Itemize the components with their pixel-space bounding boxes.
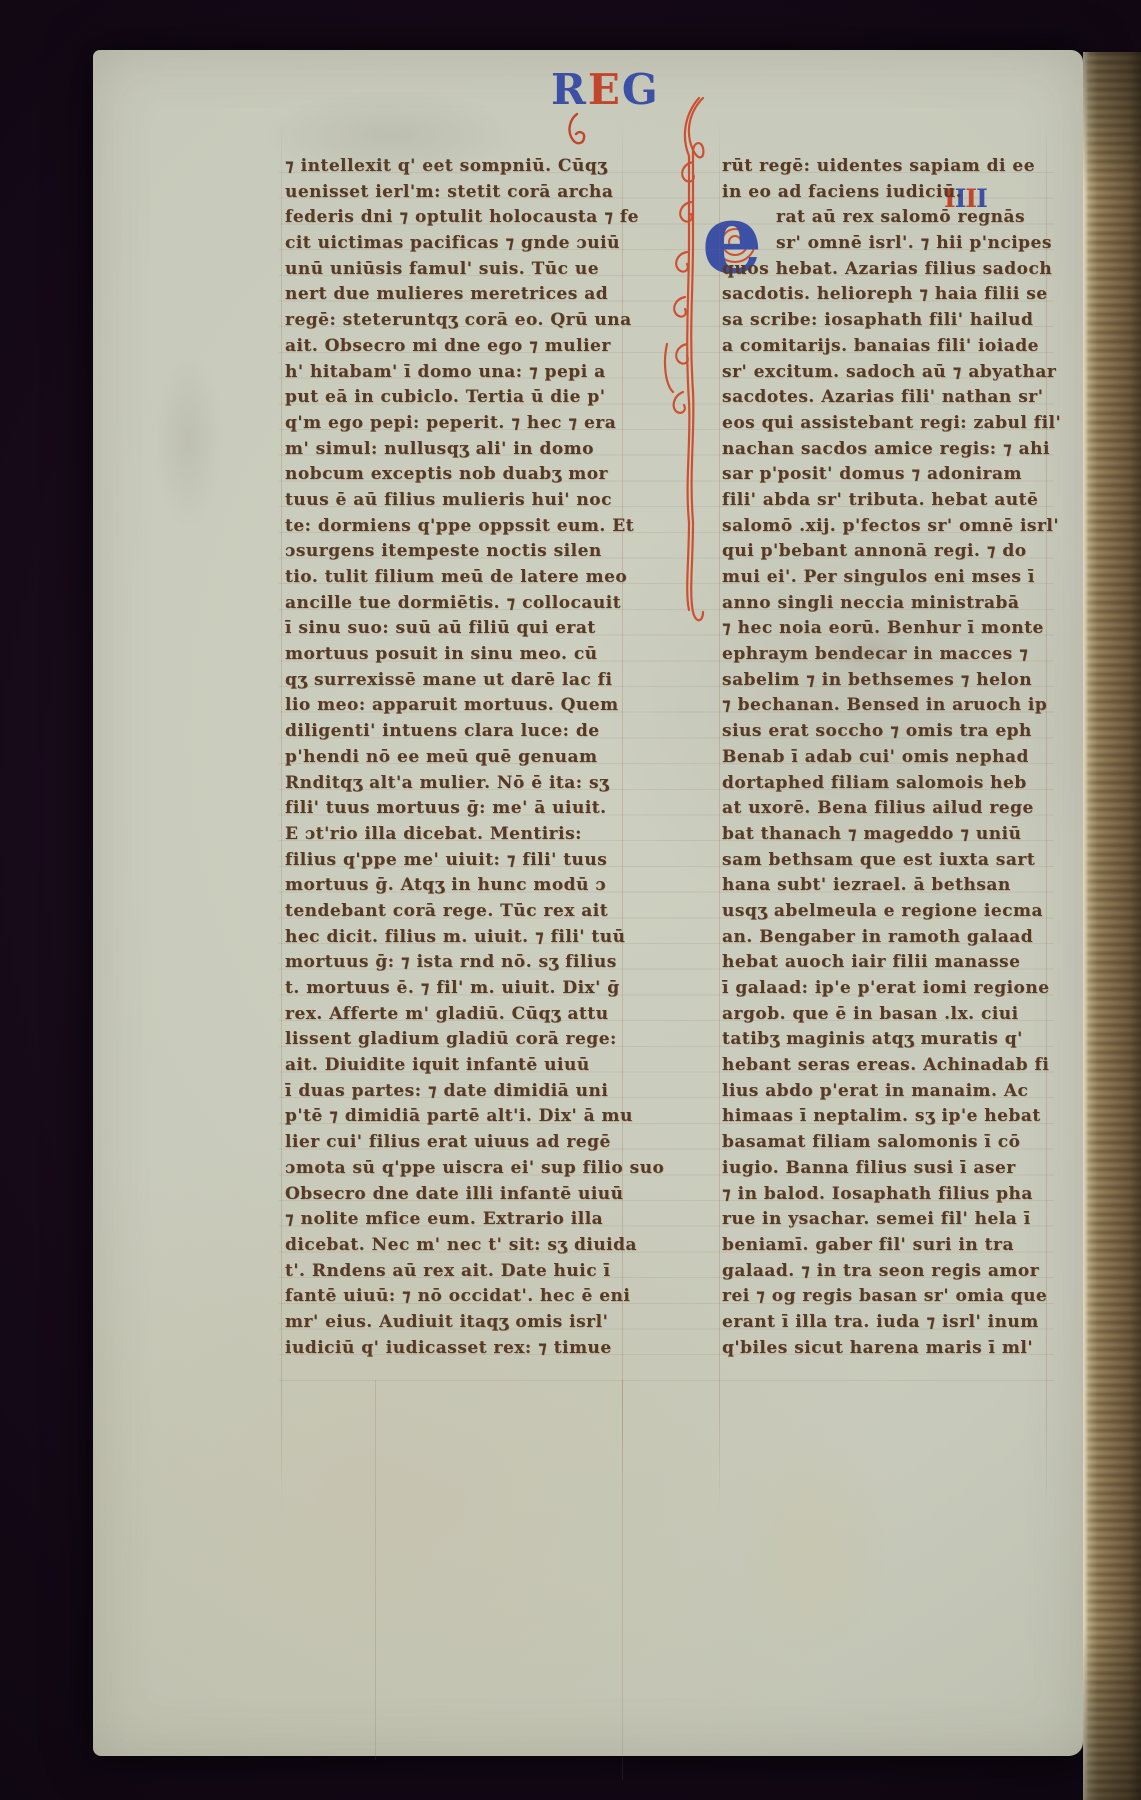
- text-line: quos hebat. Azarias filius sadoch: [722, 257, 1048, 283]
- text-line: ɔmota sū q'ppe uiscra ei' sup filio suo: [285, 1156, 623, 1182]
- text-line: ī duas partes: ⁊ date dimidiā uni: [285, 1079, 623, 1105]
- parchment-stain-3: [153, 350, 223, 530]
- text-line: te: dormiens q'ppe oppssit eum. Et: [285, 514, 623, 540]
- text-line: beniamī. gaber fil' suri in tra: [722, 1233, 1048, 1259]
- text-line: in eo ad faciens iudiciū.: [722, 180, 1048, 206]
- text-line: rat aū rex salomō regnās: [722, 205, 1048, 231]
- text-line: anno singli neccia ministrabā: [722, 591, 1048, 617]
- text-line: lius abdo p'erat in manaim. Ac: [722, 1079, 1048, 1105]
- text-line: ī galaad: ip'e p'erat iomi regione: [722, 976, 1048, 1002]
- text-line: bat thanach ⁊ mageddo ⁊ uniū: [722, 822, 1048, 848]
- text-line: ancille tue dormiētis. ⁊ collocauit: [285, 591, 623, 617]
- text-line: Rnditqʒ alt'a mulier. Nō ē ita: sʒ: [285, 771, 623, 797]
- text-line: a comitarijs. banaias fili' ioiade: [722, 334, 1048, 360]
- text-line: himaas ī neptalim. sʒ ip'e hebat: [722, 1104, 1048, 1130]
- text-line: mortuus ḡ. Atqʒ in hunc modū ɔ: [285, 873, 623, 899]
- text-line: filius q'ppe me' uiuit: ⁊ fili' tuus: [285, 848, 623, 874]
- text-line: hana subt' iezrael. ā bethsan: [722, 873, 1048, 899]
- text-line: sr' omnē isrl'. ⁊ hii p'ncipes: [722, 231, 1048, 257]
- text-line: an. Bengaber in ramoth galaad: [722, 925, 1048, 951]
- rubric-letter: E: [588, 68, 622, 112]
- text-line: iugio. Banna filius susi ī aser: [722, 1156, 1048, 1182]
- text-line: sius erat soccho ⁊ omis tra eph: [722, 719, 1048, 745]
- running-title: REG: [551, 68, 660, 116]
- text-line: rei ⁊ og regis basan sr' omia que: [722, 1284, 1048, 1310]
- text-line: t'. Rndens aū rex ait. Date huic ī: [285, 1259, 623, 1285]
- text-line: tuus ē aū filius mulieris hui' noc: [285, 488, 623, 514]
- fore-edge-sheen: [1083, 52, 1141, 1800]
- rubric-letter: G: [622, 68, 660, 112]
- parchment-crease-2: [622, 1380, 623, 1780]
- text-line: hebat auoch iair filii manasse: [722, 950, 1048, 976]
- text-line: nert due mulieres meretrices ad: [285, 282, 623, 308]
- text-line: fili' tuus mortuus ḡ: me' ā uiuit.: [285, 796, 623, 822]
- text-line: lissent gladium gladiū corā rege:: [285, 1027, 623, 1053]
- text-line: q'm ego pepi: peperit. ⁊ hec ⁊ era: [285, 411, 623, 437]
- text-line: qʒ surrexissē mane ut darē lac fi: [285, 668, 623, 694]
- parchment-crease-1: [375, 1380, 376, 1760]
- text-line: erant ī illa tra. iuda ⁊ isrl' inum: [722, 1310, 1048, 1336]
- text-line: t. mortuus ē. ⁊ fil' m. uiuit. Dix' ḡ: [285, 976, 623, 1002]
- text-line: q'biles sicut harena maris ī ml': [722, 1336, 1048, 1362]
- text-line: tendebant corā rege. Tūc rex ait: [285, 899, 623, 925]
- ruling-line-left-col-left: [281, 116, 282, 1516]
- text-line: E ɔt'rio illa dicebat. Mentiris:: [285, 822, 623, 848]
- manuscript-page: REG: [93, 50, 1083, 1756]
- text-line: p'tē ⁊ dimidiā partē alt'i. Dix' ā mu: [285, 1104, 623, 1130]
- text-line: cit uictimas pacificas ⁊ gnde ɔuiū: [285, 231, 623, 257]
- text-line: qui p'bebant annonā regi. ⁊ do: [722, 539, 1048, 565]
- text-line: sacdotis. helioreph ⁊ haia filii se: [722, 282, 1048, 308]
- text-line: lier cui' filius erat uiuus ad regē: [285, 1130, 623, 1156]
- text-line: at uxorē. Bena filius ailud rege: [722, 796, 1048, 822]
- text-line: diligenti' intuens clara luce: de: [285, 719, 623, 745]
- running-title-flourish-icon: [563, 112, 593, 152]
- text-line: ait. Obsecro mi dne ego ⁊ mulier: [285, 334, 623, 360]
- text-line: sa scribe: iosaphath fili' hailud: [722, 308, 1048, 334]
- text-line: fantē uiuū: ⁊ nō occidat'. hec ē eni: [285, 1284, 623, 1310]
- text-line: ⁊ hec noia eorū. Benhur ī monte: [722, 616, 1048, 642]
- text-line: salomō .xij. p'fectos sr' omnē isrl': [722, 514, 1048, 540]
- text-column-right: rūt regē: uidentes sapiam di eein eo ad …: [722, 154, 1048, 1361]
- text-line: rex. Afferte m' gladiū. Cūqʒ attu: [285, 1002, 623, 1028]
- text-line: regē: steteruntqʒ corā eo. Qrū una: [285, 308, 623, 334]
- book-fore-edge: [1083, 52, 1141, 1800]
- text-line: hec dicit. filius m. uiuit. ⁊ fili' tuū: [285, 925, 623, 951]
- gutter-pen-flourish-icon: [659, 92, 729, 652]
- text-line: hebant seras ereas. Achinadab fi: [722, 1053, 1048, 1079]
- text-line: ɔsurgens itempeste noctis silen: [285, 539, 623, 565]
- text-line: Benab ī adab cui' omis nephad: [722, 745, 1048, 771]
- text-line: rūt regē: uidentes sapiam di ee: [722, 154, 1048, 180]
- text-line: basamat filiam salomonis ī cō: [722, 1130, 1048, 1156]
- ruling-line-right-col-left: [719, 116, 720, 1516]
- text-line: ⁊ in balod. Iosaphath filius pha: [722, 1182, 1048, 1208]
- text-line: ⁊ intellexit q' eet sompniū. Cūqʒ: [285, 154, 623, 180]
- text-line: ⁊ bechanan. Bensed in aruoch ip: [722, 693, 1048, 719]
- text-line: mr' eius. Audiuit itaqʒ omis isrl': [285, 1310, 623, 1336]
- text-line: ⁊ nolite mfice eum. Extrario illa: [285, 1207, 623, 1233]
- text-line: dortaphed filiam salomois heb: [722, 771, 1048, 797]
- text-line: put eā in cubiclo. Tertia ū die p': [285, 385, 623, 411]
- text-line: sam bethsam que est iuxta sart: [722, 848, 1048, 874]
- text-line: argob. que ē in basan .lx. ciui: [722, 1002, 1048, 1028]
- text-line: ī sinu suo: suū aū filiū qui erat: [285, 616, 623, 642]
- text-line: ephraym bendecar in macces ⁊: [722, 642, 1048, 668]
- text-line: p'hendi nō ee meū quē genuam: [285, 745, 623, 771]
- text-line: mortuus posuit in sinu meo. cū: [285, 642, 623, 668]
- text-column-left: ⁊ intellexit q' eet sompniū. Cūqʒuenisse…: [285, 154, 623, 1361]
- text-line: tio. tulit filium meū de latere meo: [285, 565, 623, 591]
- parchment-stain-2: [733, 1440, 893, 1660]
- text-line: lio meo: apparuit mortuus. Quem: [285, 693, 623, 719]
- text-line: eos qui assistebant regi: zabul fil': [722, 411, 1048, 437]
- text-line: sar p'posit' domus ⁊ adoniram: [722, 462, 1048, 488]
- photo-background: REG: [0, 0, 1141, 1800]
- text-line: tatibʒ maginis atqʒ muratis q': [722, 1027, 1048, 1053]
- text-line: sr' excitum. sadoch aū ⁊ abyathar: [722, 360, 1048, 386]
- text-line: usqʒ abelmeula e regione iecma: [722, 899, 1048, 925]
- text-line: Obsecro dne date illi infantē uiuū: [285, 1182, 623, 1208]
- text-line: dicebat. Nec m' nec t' sit: sʒ diuida: [285, 1233, 623, 1259]
- text-line: ait. Diuidite iquit infantē uiuū: [285, 1053, 623, 1079]
- text-line: nachan sacdos amice regis: ⁊ ahi: [722, 437, 1048, 463]
- text-line: m' simul: nullusqʒ ali' in domo: [285, 437, 623, 463]
- rubric-letter: R: [551, 68, 588, 112]
- text-line: uenisset ierl'm: stetit corā archa: [285, 180, 623, 206]
- text-line: galaad. ⁊ in tra seon regis amor: [722, 1259, 1048, 1285]
- text-line: unū uniūsis famul' suis. Tūc ue: [285, 257, 623, 283]
- text-line: mui ei'. Per singulos eni mses ī: [722, 565, 1048, 591]
- text-line: sabelim ⁊ in bethsemes ⁊ helon: [722, 668, 1048, 694]
- text-line: rue in ysachar. semei fil' hela ī: [722, 1207, 1048, 1233]
- text-line: iudiciū q' iudicasset rex: ⁊ timue: [285, 1336, 623, 1362]
- text-line: federis dni ⁊ optulit holocausta ⁊ fe: [285, 205, 623, 231]
- text-line: h' hitabam' ī domo una: ⁊ pepi a: [285, 360, 623, 386]
- text-line: mortuus ḡ: ⁊ ista rnd nō. sʒ filius: [285, 950, 623, 976]
- text-line: sacdotes. Azarias fili' nathan sr': [722, 385, 1048, 411]
- text-line: nobcum exceptis nob duabʒ mor: [285, 462, 623, 488]
- text-line: fili' abda sr' tributa. hebat autē: [722, 488, 1048, 514]
